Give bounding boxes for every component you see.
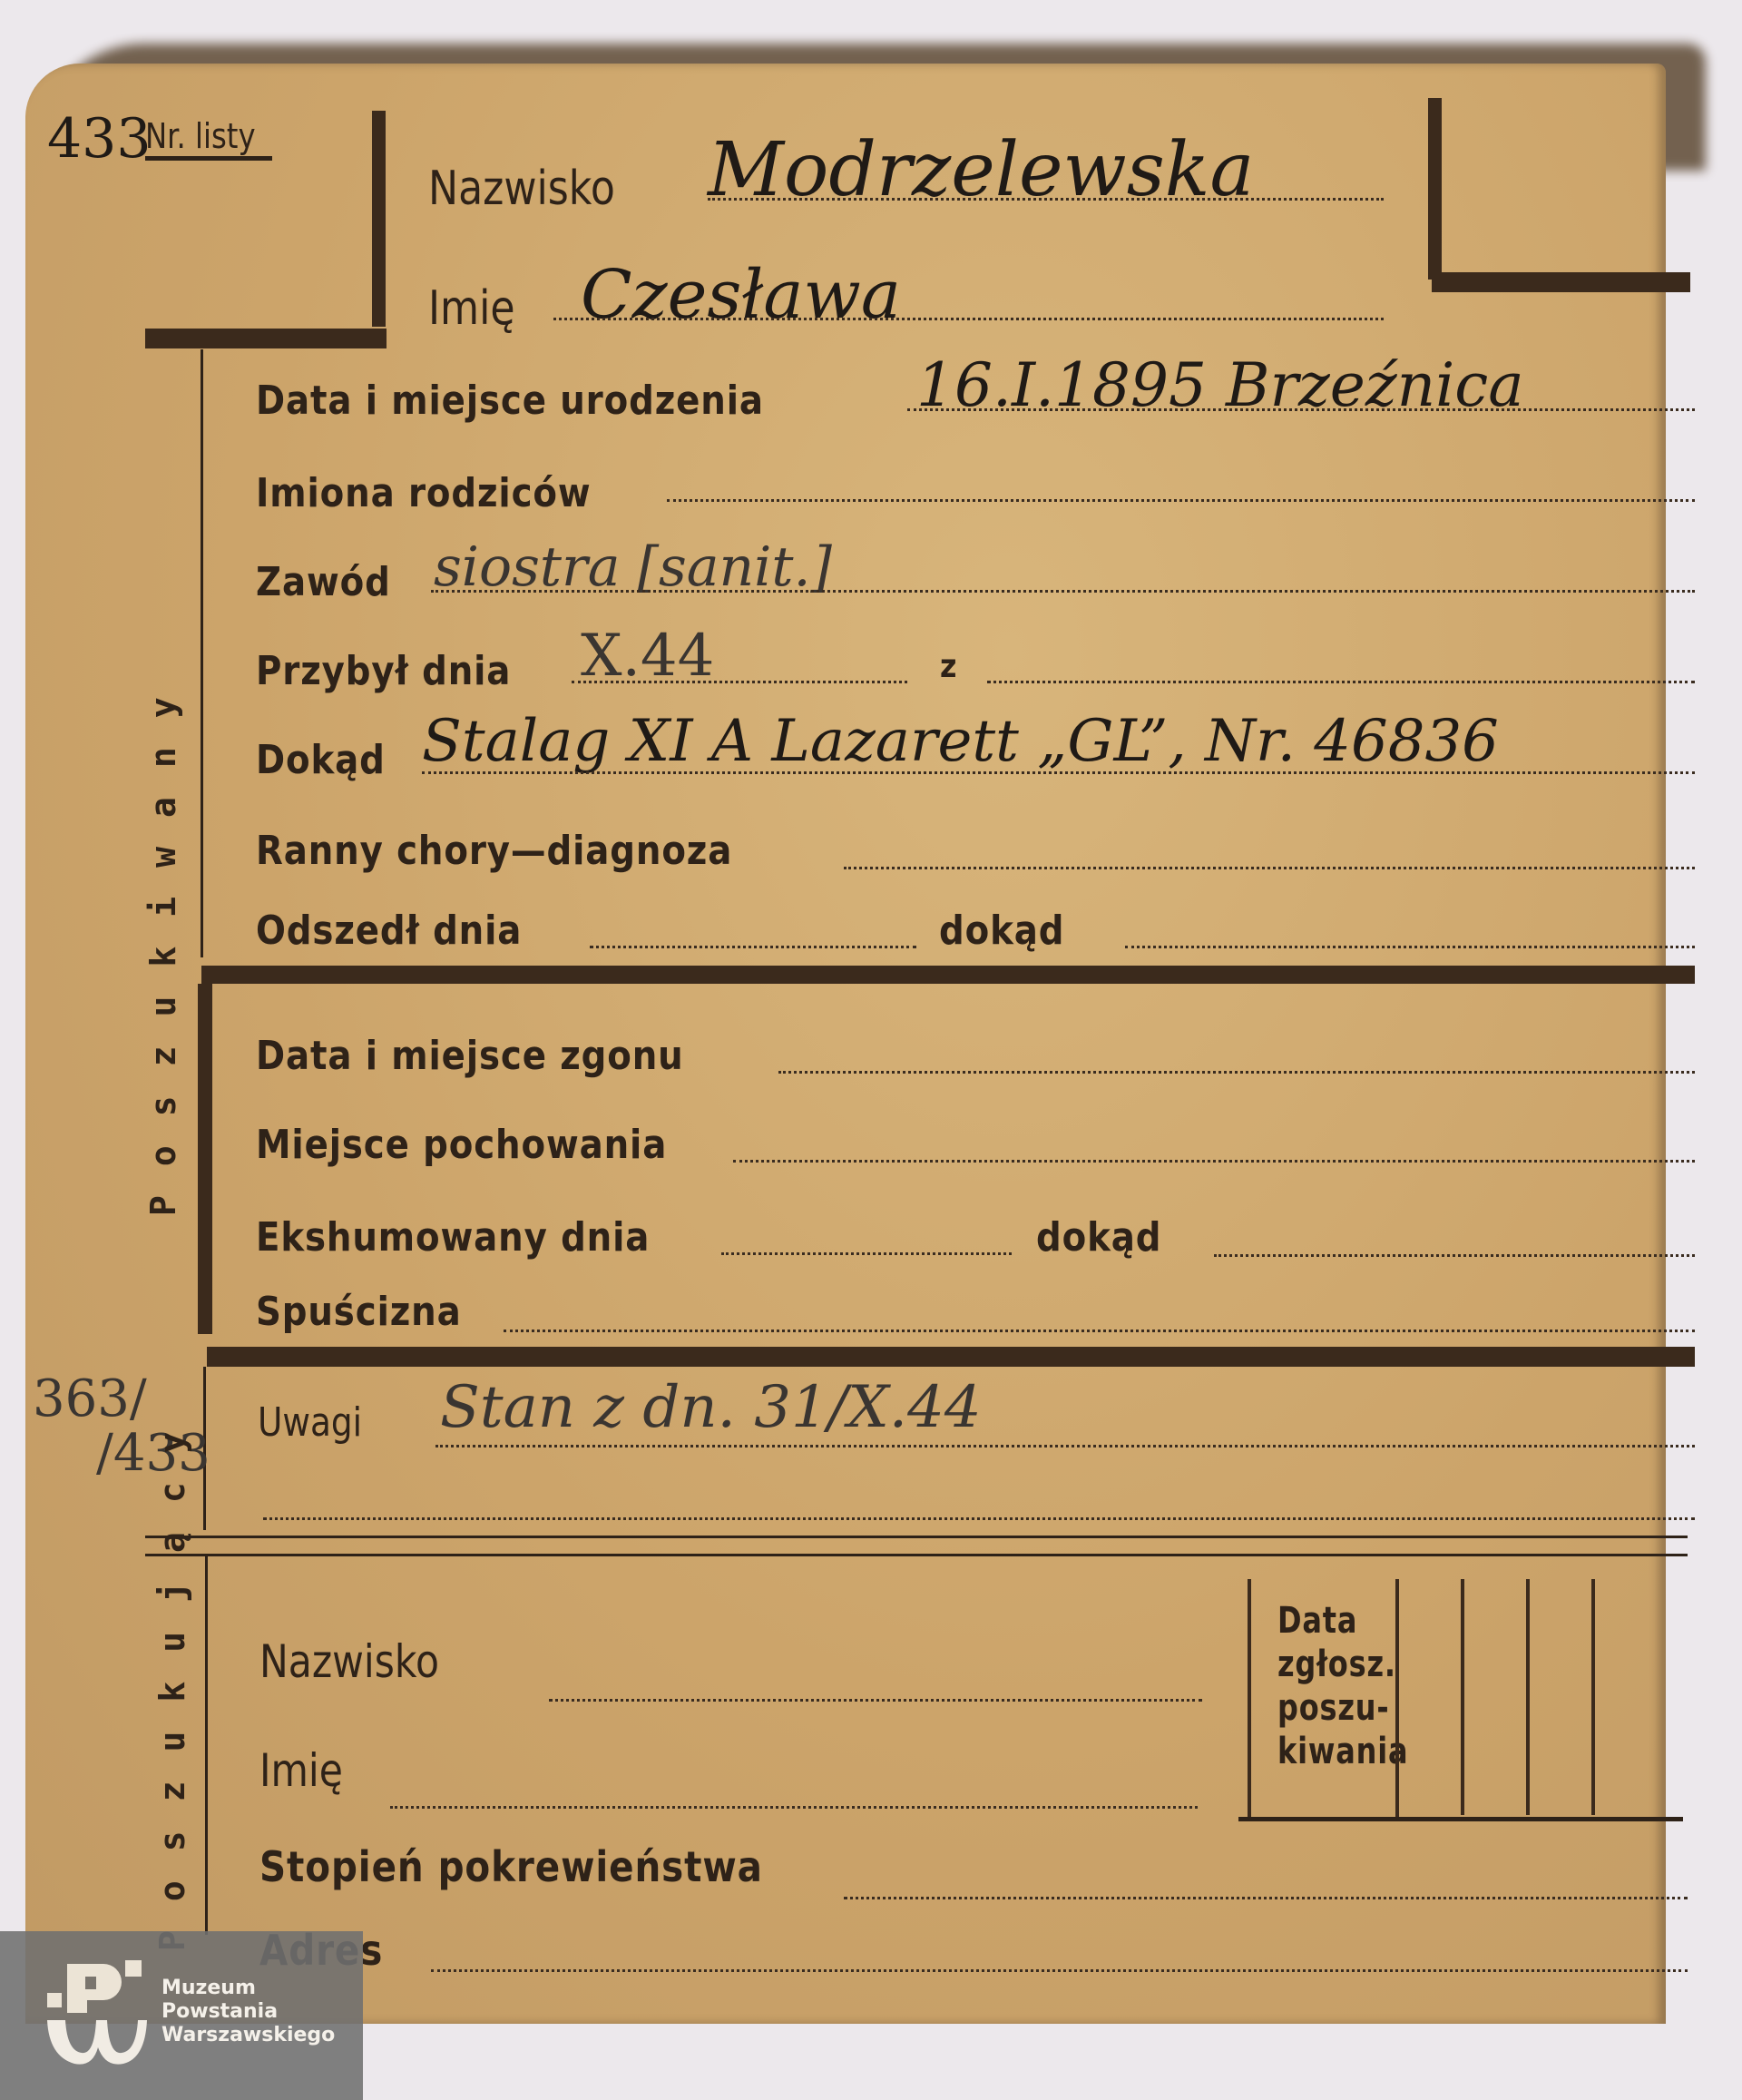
birth-line	[907, 408, 1695, 411]
burial-line[interactable]	[733, 1160, 1695, 1163]
report-date-label-line-1: Data	[1277, 1600, 1357, 1642]
estate-line[interactable]	[504, 1330, 1695, 1332]
report-date-label-line-4: kiwania	[1277, 1731, 1408, 1772]
report-box-col-2[interactable]	[1526, 1579, 1530, 1815]
wounded-line[interactable]	[844, 867, 1695, 869]
report-date-label-line-2: zgłosz.	[1277, 1644, 1396, 1685]
arrived-value[interactable]: X.44	[581, 623, 714, 690]
arrived-line	[572, 681, 907, 683]
profession-line	[431, 590, 1695, 593]
report-box-left-border	[1248, 1579, 1251, 1817]
wounded-label: Ranny chory—diagnoza	[256, 828, 732, 874]
destination-line	[422, 771, 1695, 774]
museum-watermark: Muzeum Powstania Warszawskiego	[0, 1931, 363, 2100]
report-box-divider	[1395, 1579, 1399, 1817]
estate-label: Spuścizna	[256, 1289, 462, 1335]
left-where-line[interactable]	[1125, 946, 1695, 948]
margin-note-line-1: 363/	[33, 1369, 147, 1428]
report-box-col-1[interactable]	[1461, 1579, 1464, 1815]
museum-name-line-2: Powstania	[161, 2000, 335, 2024]
list-number-handwritten: 433	[47, 107, 152, 171]
remarks-value[interactable]: Stan z dn. 31/X.44	[440, 1374, 982, 1441]
bracket-right-horizontal	[1432, 272, 1690, 292]
report-date-label-line-3: poszu-	[1277, 1687, 1389, 1729]
bracket-left-horizontal	[145, 329, 387, 348]
destination-label: Dokąd	[256, 737, 386, 783]
list-number-underline	[145, 156, 272, 161]
searcher-surname-line[interactable]	[549, 1699, 1202, 1702]
destination-value[interactable]: Stalag XI A Lazarett „GL”, Nr. 46836	[422, 708, 1499, 775]
death-line[interactable]	[778, 1071, 1695, 1074]
searcher-relation-line[interactable]	[844, 1897, 1688, 1899]
separator-thick-2	[207, 1347, 1695, 1367]
searcher-first-name-label: Imię	[259, 1744, 343, 1797]
first-name-value[interactable]: Czesława	[581, 256, 901, 334]
profession-label: Zawód	[256, 559, 391, 605]
surname-line	[708, 198, 1384, 201]
left-date-line[interactable]	[590, 946, 916, 948]
searcher-relation-label: Stopień pokrewieństwa	[259, 1842, 763, 1891]
birth-label: Data i miejsce urodzenia	[256, 378, 764, 424]
death-label: Data i miejsce zgonu	[256, 1033, 684, 1079]
arrived-label: Przybył dnia	[256, 648, 511, 694]
searcher-first-name-line[interactable]	[390, 1806, 1198, 1809]
parents-label: Imiona rodziców	[256, 470, 592, 516]
report-date-label: Data zgłosz. poszu- kiwania	[1277, 1599, 1386, 1773]
report-box-col-3[interactable]	[1591, 1579, 1595, 1815]
exhumed-where-label: dokąd	[1036, 1214, 1161, 1261]
section-rule-death	[198, 984, 212, 1334]
burial-label: Miejsce pochowania	[256, 1122, 667, 1168]
searcher-surname-label: Nazwisko	[259, 1635, 439, 1688]
list-number-label: Nr. listy	[145, 116, 256, 156]
double-rule-top	[145, 1536, 1688, 1538]
bracket-left-vertical	[372, 111, 386, 327]
report-box-bottom	[1238, 1817, 1683, 1821]
searcher-address-line[interactable]	[431, 1969, 1688, 1972]
separator-thick-1	[201, 966, 1695, 984]
remarks-line-2[interactable]	[263, 1517, 1695, 1520]
section-rule-top	[201, 349, 203, 957]
exhumed-date-line[interactable]	[721, 1252, 1012, 1255]
left-where-label: dokąd	[939, 908, 1064, 954]
first-name-label: Imię	[428, 281, 515, 336]
double-rule-bottom	[145, 1554, 1688, 1556]
bracket-right-vertical	[1428, 98, 1442, 280]
museum-name-line-3: Warszawskiego	[161, 2024, 335, 2047]
side-label-searched: Poszukiwany	[143, 668, 183, 1216]
arrived-from-label: z	[940, 648, 957, 685]
left-label: Odszedł dnia	[256, 908, 522, 954]
surname-label: Nazwisko	[428, 162, 615, 216]
museum-name: Muzeum Powstania Warszawskiego	[161, 1977, 335, 2047]
museum-logo-icon	[47, 1960, 147, 2078]
museum-name-line-1: Muzeum	[161, 1977, 335, 2000]
exhumed-label: Ekshumowany dnia	[256, 1214, 650, 1261]
arrived-from-line[interactable]	[987, 681, 1695, 683]
side-label-searcher: Poszukujący	[152, 1403, 192, 1951]
section-rule-searcher	[205, 1554, 208, 1935]
first-name-line	[553, 318, 1384, 320]
remarks-label: Uwagi	[258, 1399, 362, 1446]
parents-line[interactable]	[667, 499, 1695, 502]
exhumed-where-line[interactable]	[1214, 1254, 1695, 1257]
remarks-line-1	[435, 1445, 1695, 1447]
